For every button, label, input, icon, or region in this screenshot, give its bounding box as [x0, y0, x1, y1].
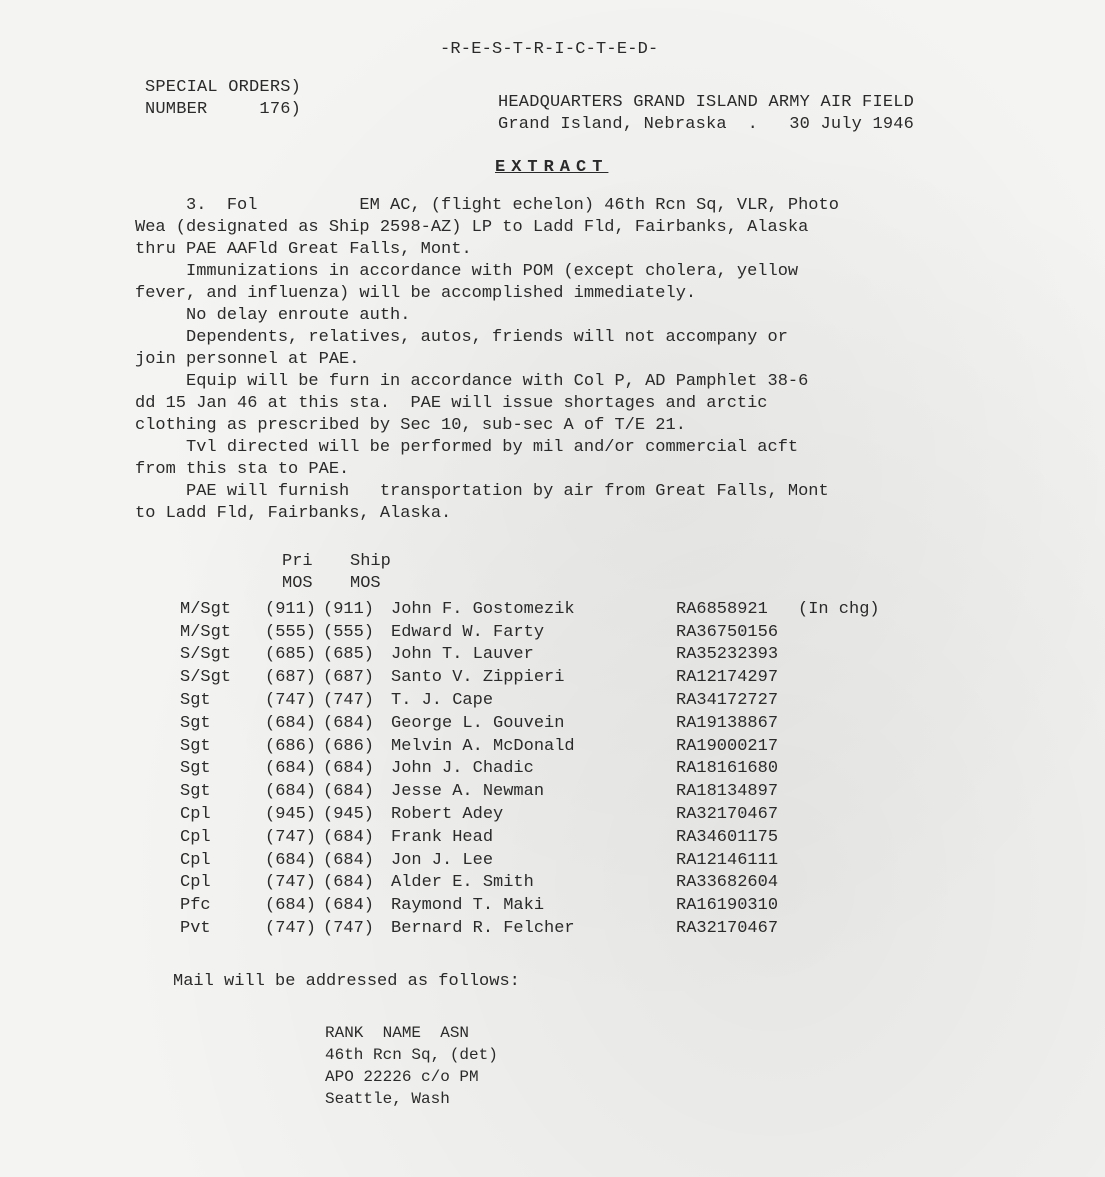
paragraph-line: Wea (designated as Ship 2598-AZ) LP to L… [135, 217, 935, 239]
roster-row: S/Sgt(685)(685)John T. LauverRA35232393 [180, 644, 898, 667]
roster-asn: RA33682604 [676, 873, 798, 892]
roster-asn: RA19138867 [676, 714, 798, 733]
roster-ship: (684) [323, 851, 391, 870]
roster-name: Jon J. Lee [391, 851, 676, 870]
roster-pri: (684) [265, 714, 323, 733]
roster-asn: RA34172727 [676, 691, 798, 710]
paragraph-line: No delay enroute auth. [135, 305, 935, 327]
paragraph-line: Dependents, relatives, autos, friends wi… [135, 327, 935, 349]
roster-asn: RA6858921 [676, 600, 798, 619]
pri-mos-header-bottom: MOS [282, 574, 313, 594]
paragraph-line: Immunizations in accordance with POM (ex… [135, 261, 935, 283]
personnel-roster: M/Sgt(911)(911)John F. GostomezikRA68589… [180, 598, 898, 940]
roster-row: Pvt(747)(747)Bernard R. FelcherRA3217046… [180, 917, 898, 940]
roster-asn: RA12174297 [676, 668, 798, 687]
roster-pri: (555) [265, 623, 323, 642]
document-title: EXTRACT [495, 158, 608, 178]
special-orders-number: NUMBER 176) [145, 100, 301, 120]
roster-ship: (747) [323, 919, 391, 938]
ship-mos-header-bottom: MOS [350, 574, 381, 594]
roster-pri: (684) [265, 782, 323, 801]
roster-rank: Pvt [180, 919, 265, 938]
roster-pri: (747) [265, 919, 323, 938]
roster-pri: (684) [265, 759, 323, 778]
roster-row: Cpl(684)(684)Jon J. LeeRA12146111 [180, 849, 898, 872]
paragraph-line: join personnel at PAE. [135, 349, 935, 371]
roster-rank: S/Sgt [180, 668, 265, 687]
roster-name: John J. Chadic [391, 759, 676, 778]
roster-ship: (684) [323, 828, 391, 847]
roster-name: Edward W. Farty [391, 623, 676, 642]
roster-row: Sgt(684)(684)Jesse A. NewmanRA18134897 [180, 780, 898, 803]
address-line: RANK NAME ASN [325, 1022, 498, 1044]
roster-name: John F. Gostomezik [391, 600, 676, 619]
roster-pri: (911) [265, 600, 323, 619]
roster-rank: Cpl [180, 851, 265, 870]
roster-ship: (686) [323, 737, 391, 756]
special-orders-label: SPECIAL ORDERS) [145, 78, 301, 98]
roster-asn: RA35232393 [676, 645, 798, 664]
mail-address-block: RANK NAME ASN46th Rcn Sq, (det)APO 22226… [325, 1022, 498, 1110]
address-line: 46th Rcn Sq, (det) [325, 1044, 498, 1066]
paragraph-line: thru PAE AAFld Great Falls, Mont. [135, 239, 935, 261]
roster-name: Melvin A. McDonald [391, 737, 676, 756]
roster-rank: Cpl [180, 828, 265, 847]
paragraph-line: clothing as prescribed by Sec 10, sub-se… [135, 415, 935, 437]
roster-pri: (687) [265, 668, 323, 687]
roster-pri: (684) [265, 851, 323, 870]
roster-asn: RA18134897 [676, 782, 798, 801]
roster-asn: RA19000217 [676, 737, 798, 756]
roster-ship: (684) [323, 873, 391, 892]
roster-ship: (555) [323, 623, 391, 642]
roster-ship: (684) [323, 759, 391, 778]
roster-name: Frank Head [391, 828, 676, 847]
roster-ship: (687) [323, 668, 391, 687]
roster-name: Alder E. Smith [391, 873, 676, 892]
order-body: 3. Fol EM AC, (flight echelon) 46th Rcn … [135, 195, 935, 525]
roster-rank: Sgt [180, 691, 265, 710]
paragraph-line: Equip will be furn in accordance with Co… [135, 371, 935, 393]
roster-pri: (747) [265, 873, 323, 892]
roster-ship: (684) [323, 714, 391, 733]
roster-asn: RA32170467 [676, 919, 798, 938]
roster-ship: (684) [323, 782, 391, 801]
roster-rank: Sgt [180, 714, 265, 733]
paragraph-line: dd 15 Jan 46 at this sta. PAE will issue… [135, 393, 935, 415]
roster-asn: RA18161680 [676, 759, 798, 778]
roster-asn: RA12146111 [676, 851, 798, 870]
roster-ship: (945) [323, 805, 391, 824]
headquarters-location-date: Grand Island, Nebraska . 30 July 1946 [498, 115, 914, 135]
roster-rank: Pfc [180, 896, 265, 915]
roster-row: Pfc(684)(684)Raymond T. MakiRA16190310 [180, 894, 898, 917]
roster-name: Raymond T. Maki [391, 896, 676, 915]
roster-rank: Sgt [180, 782, 265, 801]
roster-row: Sgt(684)(684)John J. ChadicRA18161680 [180, 758, 898, 781]
roster-pri: (685) [265, 645, 323, 664]
roster-name: Robert Adey [391, 805, 676, 824]
roster-pri: (945) [265, 805, 323, 824]
ship-mos-header-top: Ship [350, 552, 391, 572]
roster-row: Sgt(686)(686)Melvin A. McDonaldRA1900021… [180, 735, 898, 758]
paragraph-line: fever, and influenza) will be accomplish… [135, 283, 935, 305]
roster-ship: (685) [323, 645, 391, 664]
roster-asn: RA36750156 [676, 623, 798, 642]
roster-row: M/Sgt(555)(555)Edward W. FartyRA36750156 [180, 621, 898, 644]
roster-pri: (747) [265, 691, 323, 710]
roster-row: Sgt(684)(684)George L. GouveinRA19138867 [180, 712, 898, 735]
classification-header: -R-E-S-T-R-I-C-T-E-D- [440, 40, 658, 60]
roster-asn: RA34601175 [676, 828, 798, 847]
roster-pri: (747) [265, 828, 323, 847]
paragraph-line: 3. Fol EM AC, (flight echelon) 46th Rcn … [135, 195, 935, 217]
roster-name: T. J. Cape [391, 691, 676, 710]
roster-ship: (747) [323, 691, 391, 710]
roster-ship: (911) [323, 600, 391, 619]
roster-row: S/Sgt(687)(687)Santo V. ZippieriRA121742… [180, 666, 898, 689]
roster-rank: Cpl [180, 873, 265, 892]
roster-name: Bernard R. Felcher [391, 919, 676, 938]
roster-rank: Cpl [180, 805, 265, 824]
address-line: APO 22226 c/o PM [325, 1066, 498, 1088]
mail-instruction: Mail will be addressed as follows: [173, 972, 520, 991]
roster-pri: (684) [265, 896, 323, 915]
roster-row: Cpl(747)(684)Frank HeadRA34601175 [180, 826, 898, 849]
roster-asn: RA32170467 [676, 805, 798, 824]
headquarters-name: HEADQUARTERS GRAND ISLAND ARMY AIR FIELD [498, 93, 914, 113]
roster-row: M/Sgt(911)(911)John F. GostomezikRA68589… [180, 598, 898, 621]
roster-name: Santo V. Zippieri [391, 668, 676, 687]
pri-mos-header-top: Pri [282, 552, 313, 572]
paragraph-line: to Ladd Fld, Fairbanks, Alaska. [135, 503, 935, 525]
roster-rank: S/Sgt [180, 645, 265, 664]
roster-name: John T. Lauver [391, 645, 676, 664]
address-line: Seattle, Wash [325, 1088, 498, 1110]
roster-asn: RA16190310 [676, 896, 798, 915]
roster-rank: Sgt [180, 737, 265, 756]
paragraph-line: from this sta to PAE. [135, 459, 935, 481]
roster-row: Sgt(747)(747)T. J. CapeRA34172727 [180, 689, 898, 712]
roster-note: (In chg) [798, 600, 898, 619]
roster-rank: M/Sgt [180, 600, 265, 619]
roster-pri: (686) [265, 737, 323, 756]
roster-name: Jesse A. Newman [391, 782, 676, 801]
roster-rank: M/Sgt [180, 623, 265, 642]
roster-row: Cpl(945)(945)Robert AdeyRA32170467 [180, 803, 898, 826]
paragraph-line: PAE will furnish transportation by air f… [135, 481, 935, 503]
roster-name: George L. Gouvein [391, 714, 676, 733]
roster-ship: (684) [323, 896, 391, 915]
roster-row: Cpl(747)(684)Alder E. SmithRA33682604 [180, 872, 898, 895]
paragraph-line: Tvl directed will be performed by mil an… [135, 437, 935, 459]
roster-rank: Sgt [180, 759, 265, 778]
